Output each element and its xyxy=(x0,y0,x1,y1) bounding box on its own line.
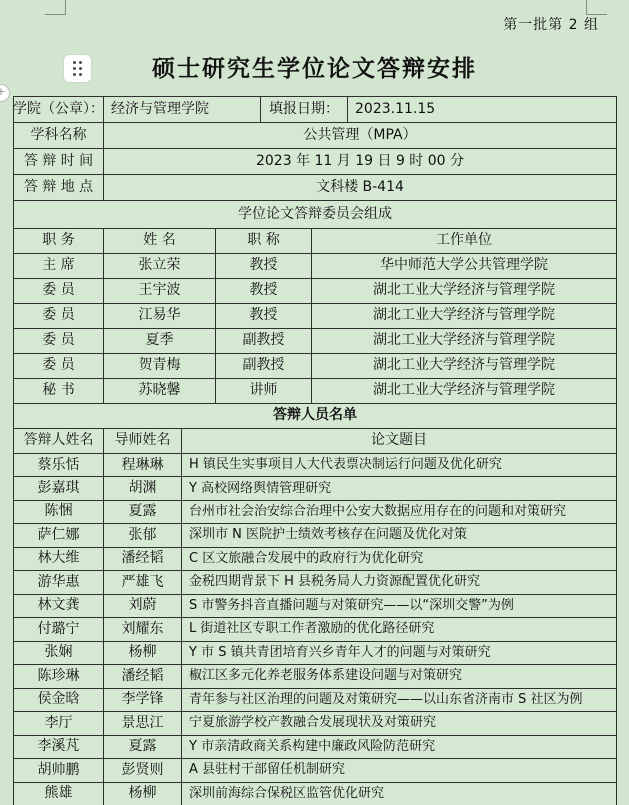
defender-thesis[interactable]: Y 市亲清政商关系构建中廉政风险防范研究 xyxy=(182,736,617,759)
defender-thesis[interactable]: Y 高校网络舆情管理研究 xyxy=(182,477,617,500)
defender-thesis[interactable]: Y 市 S 镇共青团培育兴乡青年人才的问题与对策研究 xyxy=(182,642,617,665)
defender-mentor[interactable]: 杨柳 xyxy=(104,783,182,805)
grid-dots-icon xyxy=(73,61,82,76)
cell-date-label[interactable]: 填报日期： xyxy=(261,97,348,123)
defenders-section-title[interactable]: 答辩人员名单 xyxy=(14,404,617,429)
defender-name[interactable]: 张娴 xyxy=(14,642,104,665)
defender-mentor[interactable]: 程琳琳 xyxy=(104,454,182,477)
document-title[interactable]: 硕士研究生学位论文答辩安排 xyxy=(0,50,629,83)
committee-section-title-row: 学位论文答辩委员会组成 xyxy=(14,201,617,229)
cell-time-label[interactable]: 答 辩 时 间 xyxy=(14,149,104,175)
defender-name[interactable]: 林文龚 xyxy=(14,595,104,618)
defender-row: 游华惠 严雄飞 金税四期背景下 H 县税务局人力资源配置优化研究 xyxy=(14,571,617,594)
defender-mentor[interactable]: 刘耀东 xyxy=(104,618,182,641)
defender-thesis[interactable]: 深圳市 N 医院护士绩效考核存在问题及优化对策 xyxy=(182,524,617,547)
defender-thesis[interactable]: A 县驻村干部留任机制研究 xyxy=(182,759,617,782)
committee-row: 秘 书 苏晓馨 讲师 湖北工业大学经济与管理学院 xyxy=(14,379,617,404)
committee-role[interactable]: 主 席 xyxy=(14,254,104,279)
defenders-header-mentor[interactable]: 导师姓名 xyxy=(104,429,182,454)
cell-date-value[interactable]: 2023.11.15 xyxy=(348,97,617,123)
defender-row: 林大维 潘经韬 C 区文旅融合发展中的政府行为优化研究 xyxy=(14,548,617,571)
committee-name[interactable]: 贺青梅 xyxy=(104,354,216,379)
defender-mentor[interactable]: 景思江 xyxy=(104,712,182,735)
committee-unit[interactable]: 湖北工业大学经济与管理学院 xyxy=(312,379,617,404)
committee-name[interactable]: 江易华 xyxy=(104,304,216,329)
defender-name[interactable]: 萨仁娜 xyxy=(14,524,104,547)
defenders-header-thesis[interactable]: 论文题目 xyxy=(182,429,617,454)
defender-mentor[interactable]: 严雄飞 xyxy=(104,571,182,594)
committee-section-title[interactable]: 学位论文答辩委员会组成 xyxy=(14,201,617,229)
cell-discipline-label[interactable]: 学科名称 xyxy=(14,123,104,149)
cell-discipline-value[interactable]: 公共管理（MPA） xyxy=(104,123,617,149)
defender-name[interactable]: 陈珍琳 xyxy=(14,665,104,688)
defenders-header-name[interactable]: 答辩人姓名 xyxy=(14,429,104,454)
defender-thesis[interactable]: 金税四期背景下 H 县税务局人力资源配置优化研究 xyxy=(182,571,617,594)
info-row-discipline: 学科名称 公共管理（MPA） xyxy=(14,123,617,149)
committee-row: 委 员 江易华 教授 湖北工业大学经济与管理学院 xyxy=(14,304,617,329)
batch-group-label[interactable]: 第一批第 2 组 xyxy=(503,14,599,34)
defenders-section-title-row: 答辩人员名单 xyxy=(14,404,617,429)
defender-row: 萨仁娜 张郁 深圳市 N 医院护士绩效考核存在问题及优化对策 xyxy=(14,524,617,547)
defense-arrangement-table: 学院（公章）： 经济与管理学院 填报日期： 2023.11.15 学科名称 公共… xyxy=(13,96,617,805)
defender-mentor[interactable]: 李学锋 xyxy=(104,689,182,712)
defender-mentor[interactable]: 夏露 xyxy=(104,736,182,759)
committee-header-title[interactable]: 职 称 xyxy=(216,229,312,254)
committee-title[interactable]: 副教授 xyxy=(216,329,312,354)
cell-place-value[interactable]: 文科楼 B-414 xyxy=(104,175,617,201)
defender-row: 胡帅鹏 彭贤则 A 县驻村干部留任机制研究 xyxy=(14,759,617,782)
committee-title[interactable]: 教授 xyxy=(216,279,312,304)
defender-name[interactable]: 李溪芃 xyxy=(14,736,104,759)
committee-unit[interactable]: 华中师范大学公共管理学院 xyxy=(312,254,617,279)
defender-thesis[interactable]: L 街道社区专职工作者激励的优化路径研究 xyxy=(182,618,617,641)
defender-name[interactable]: 陈悃 xyxy=(14,501,104,524)
defender-row: 侯金晗 李学锋 青年参与社区治理的问题及对策研究——以山东省济南市 S 社区为例 xyxy=(14,689,617,712)
defender-row: 熊雄 杨柳 深圳前海综合保税区监管优化研究 xyxy=(14,783,617,805)
defender-mentor[interactable]: 夏露 xyxy=(104,501,182,524)
defender-mentor[interactable]: 刘蔚 xyxy=(104,595,182,618)
committee-unit[interactable]: 湖北工业大学经济与管理学院 xyxy=(312,354,617,379)
committee-title[interactable]: 教授 xyxy=(216,304,312,329)
defender-mentor[interactable]: 潘经韬 xyxy=(104,665,182,688)
info-row-time: 答 辩 时 间 2023 年 11 月 19 日 9 时 00 分 xyxy=(14,149,617,175)
committee-name[interactable]: 苏晓馨 xyxy=(104,379,216,404)
defender-thesis[interactable]: 椒江区多元化养老服务体系建设问题与对策研究 xyxy=(182,665,617,688)
document-page: 第一批第 2 组 硕士研究生学位论文答辩安排 + 学院（公章）： 经济与管理学院… xyxy=(0,0,629,805)
defender-thesis[interactable]: 深圳前海综合保税区监管优化研究 xyxy=(182,783,617,805)
insert-row-plus-icon[interactable]: + xyxy=(0,84,10,102)
page-margin-mark-top-right xyxy=(586,0,607,15)
defender-mentor[interactable]: 彭贤则 xyxy=(104,759,182,782)
defender-row: 林文龚 刘蔚 S 市警务抖音直播问题与对策研究——以“深圳交警”为例 xyxy=(14,595,617,618)
committee-row: 委 员 贺青梅 副教授 湖北工业大学经济与管理学院 xyxy=(14,354,617,379)
committee-name[interactable]: 夏季 xyxy=(104,329,216,354)
defender-row: 彭嘉琪 胡渊 Y 高校网络舆情管理研究 xyxy=(14,477,617,500)
committee-name[interactable]: 王宇波 xyxy=(104,279,216,304)
cell-place-label[interactable]: 答 辩 地 点 xyxy=(14,175,104,201)
committee-row: 委 员 王宇波 教授 湖北工业大学经济与管理学院 xyxy=(14,279,617,304)
defender-row: 付璐宁 刘耀东 L 街道社区专职工作者激励的优化路径研究 xyxy=(14,618,617,641)
committee-role[interactable]: 委 员 xyxy=(14,329,104,354)
defenders-header-row: 答辩人姓名 导师姓名 论文题目 xyxy=(14,429,617,454)
committee-title[interactable]: 讲师 xyxy=(216,379,312,404)
defender-name[interactable]: 侯金晗 xyxy=(14,689,104,712)
info-row-place: 答 辩 地 点 文科楼 B-414 xyxy=(14,175,617,201)
committee-role[interactable]: 委 员 xyxy=(14,354,104,379)
defender-row: 蔡乐恬 程琳琳 H 镇民生实事项目人大代表票决制运行问题及优化研究 xyxy=(14,454,617,477)
committee-header-name[interactable]: 姓 名 xyxy=(104,229,216,254)
defender-name[interactable]: 彭嘉琪 xyxy=(14,477,104,500)
cell-college-label[interactable]: 学院（公章）： xyxy=(14,97,104,123)
cell-time-value[interactable]: 2023 年 11 月 19 日 9 时 00 分 xyxy=(104,149,617,175)
committee-unit[interactable]: 湖北工业大学经济与管理学院 xyxy=(312,279,617,304)
committee-unit[interactable]: 湖北工业大学经济与管理学院 xyxy=(312,329,617,354)
committee-title[interactable]: 教授 xyxy=(216,254,312,279)
defender-thesis[interactable]: 宁夏旅游学校产教融合发展现状及对策研究 xyxy=(182,712,617,735)
defender-mentor[interactable]: 潘经韬 xyxy=(104,548,182,571)
committee-row: 委 员 夏季 副教授 湖北工业大学经济与管理学院 xyxy=(14,329,617,354)
defender-row: 张娴 杨柳 Y 市 S 镇共青团培育兴乡青年人才的问题与对策研究 xyxy=(14,642,617,665)
committee-header-row: 职 务 姓 名 职 称 工作单位 xyxy=(14,229,617,254)
table-move-handle-icon[interactable] xyxy=(64,55,91,82)
committee-role[interactable]: 委 员 xyxy=(14,304,104,329)
defender-name[interactable]: 游华惠 xyxy=(14,571,104,594)
committee-header-unit[interactable]: 工作单位 xyxy=(312,229,617,254)
page-margin-mark-top-left xyxy=(45,0,66,15)
defender-name[interactable]: 李厅 xyxy=(14,712,104,735)
defender-thesis[interactable]: 青年参与社区治理的问题及对策研究——以山东省济南市 S 社区为例 xyxy=(182,689,617,712)
committee-unit[interactable]: 湖北工业大学经济与管理学院 xyxy=(312,304,617,329)
defender-name[interactable]: 熊雄 xyxy=(14,783,104,805)
committee-title[interactable]: 副教授 xyxy=(216,354,312,379)
defender-name[interactable]: 胡帅鹏 xyxy=(14,759,104,782)
defender-thesis[interactable]: H 镇民生实事项目人大代表票决制运行问题及优化研究 xyxy=(182,454,617,477)
defender-name[interactable]: 林大维 xyxy=(14,548,104,571)
cell-college-value[interactable]: 经济与管理学院 xyxy=(104,97,261,123)
committee-role[interactable]: 秘 书 xyxy=(14,379,104,404)
defender-thesis[interactable]: S 市警务抖音直播问题与对策研究——以“深圳交警”为例 xyxy=(182,595,617,618)
defender-name[interactable]: 蔡乐恬 xyxy=(14,454,104,477)
defender-row: 李厅 景思江 宁夏旅游学校产教融合发展现状及对策研究 xyxy=(14,712,617,735)
committee-role[interactable]: 委 员 xyxy=(14,279,104,304)
defender-row: 陈珍琳 潘经韬 椒江区多元化养老服务体系建设问题与对策研究 xyxy=(14,665,617,688)
committee-header-role[interactable]: 职 务 xyxy=(14,229,104,254)
committee-row: 主 席 张立荣 教授 华中师范大学公共管理学院 xyxy=(14,254,617,279)
defender-thesis[interactable]: C 区文旅融合发展中的政府行为优化研究 xyxy=(182,548,617,571)
defender-mentor[interactable]: 杨柳 xyxy=(104,642,182,665)
defender-mentor[interactable]: 张郁 xyxy=(104,524,182,547)
defender-mentor[interactable]: 胡渊 xyxy=(104,477,182,500)
defender-name[interactable]: 付璐宁 xyxy=(14,618,104,641)
defender-row: 李溪芃 夏露 Y 市亲清政商关系构建中廉政风险防范研究 xyxy=(14,736,617,759)
committee-name[interactable]: 张立荣 xyxy=(104,254,216,279)
info-row-college: 学院（公章）： 经济与管理学院 填报日期： 2023.11.15 xyxy=(14,97,617,123)
defender-row: 陈悃 夏露 台州市社会治安综合治理中公安大数据应用存在的问题和对策研究 xyxy=(14,501,617,524)
defender-thesis[interactable]: 台州市社会治安综合治理中公安大数据应用存在的问题和对策研究 xyxy=(182,501,617,524)
